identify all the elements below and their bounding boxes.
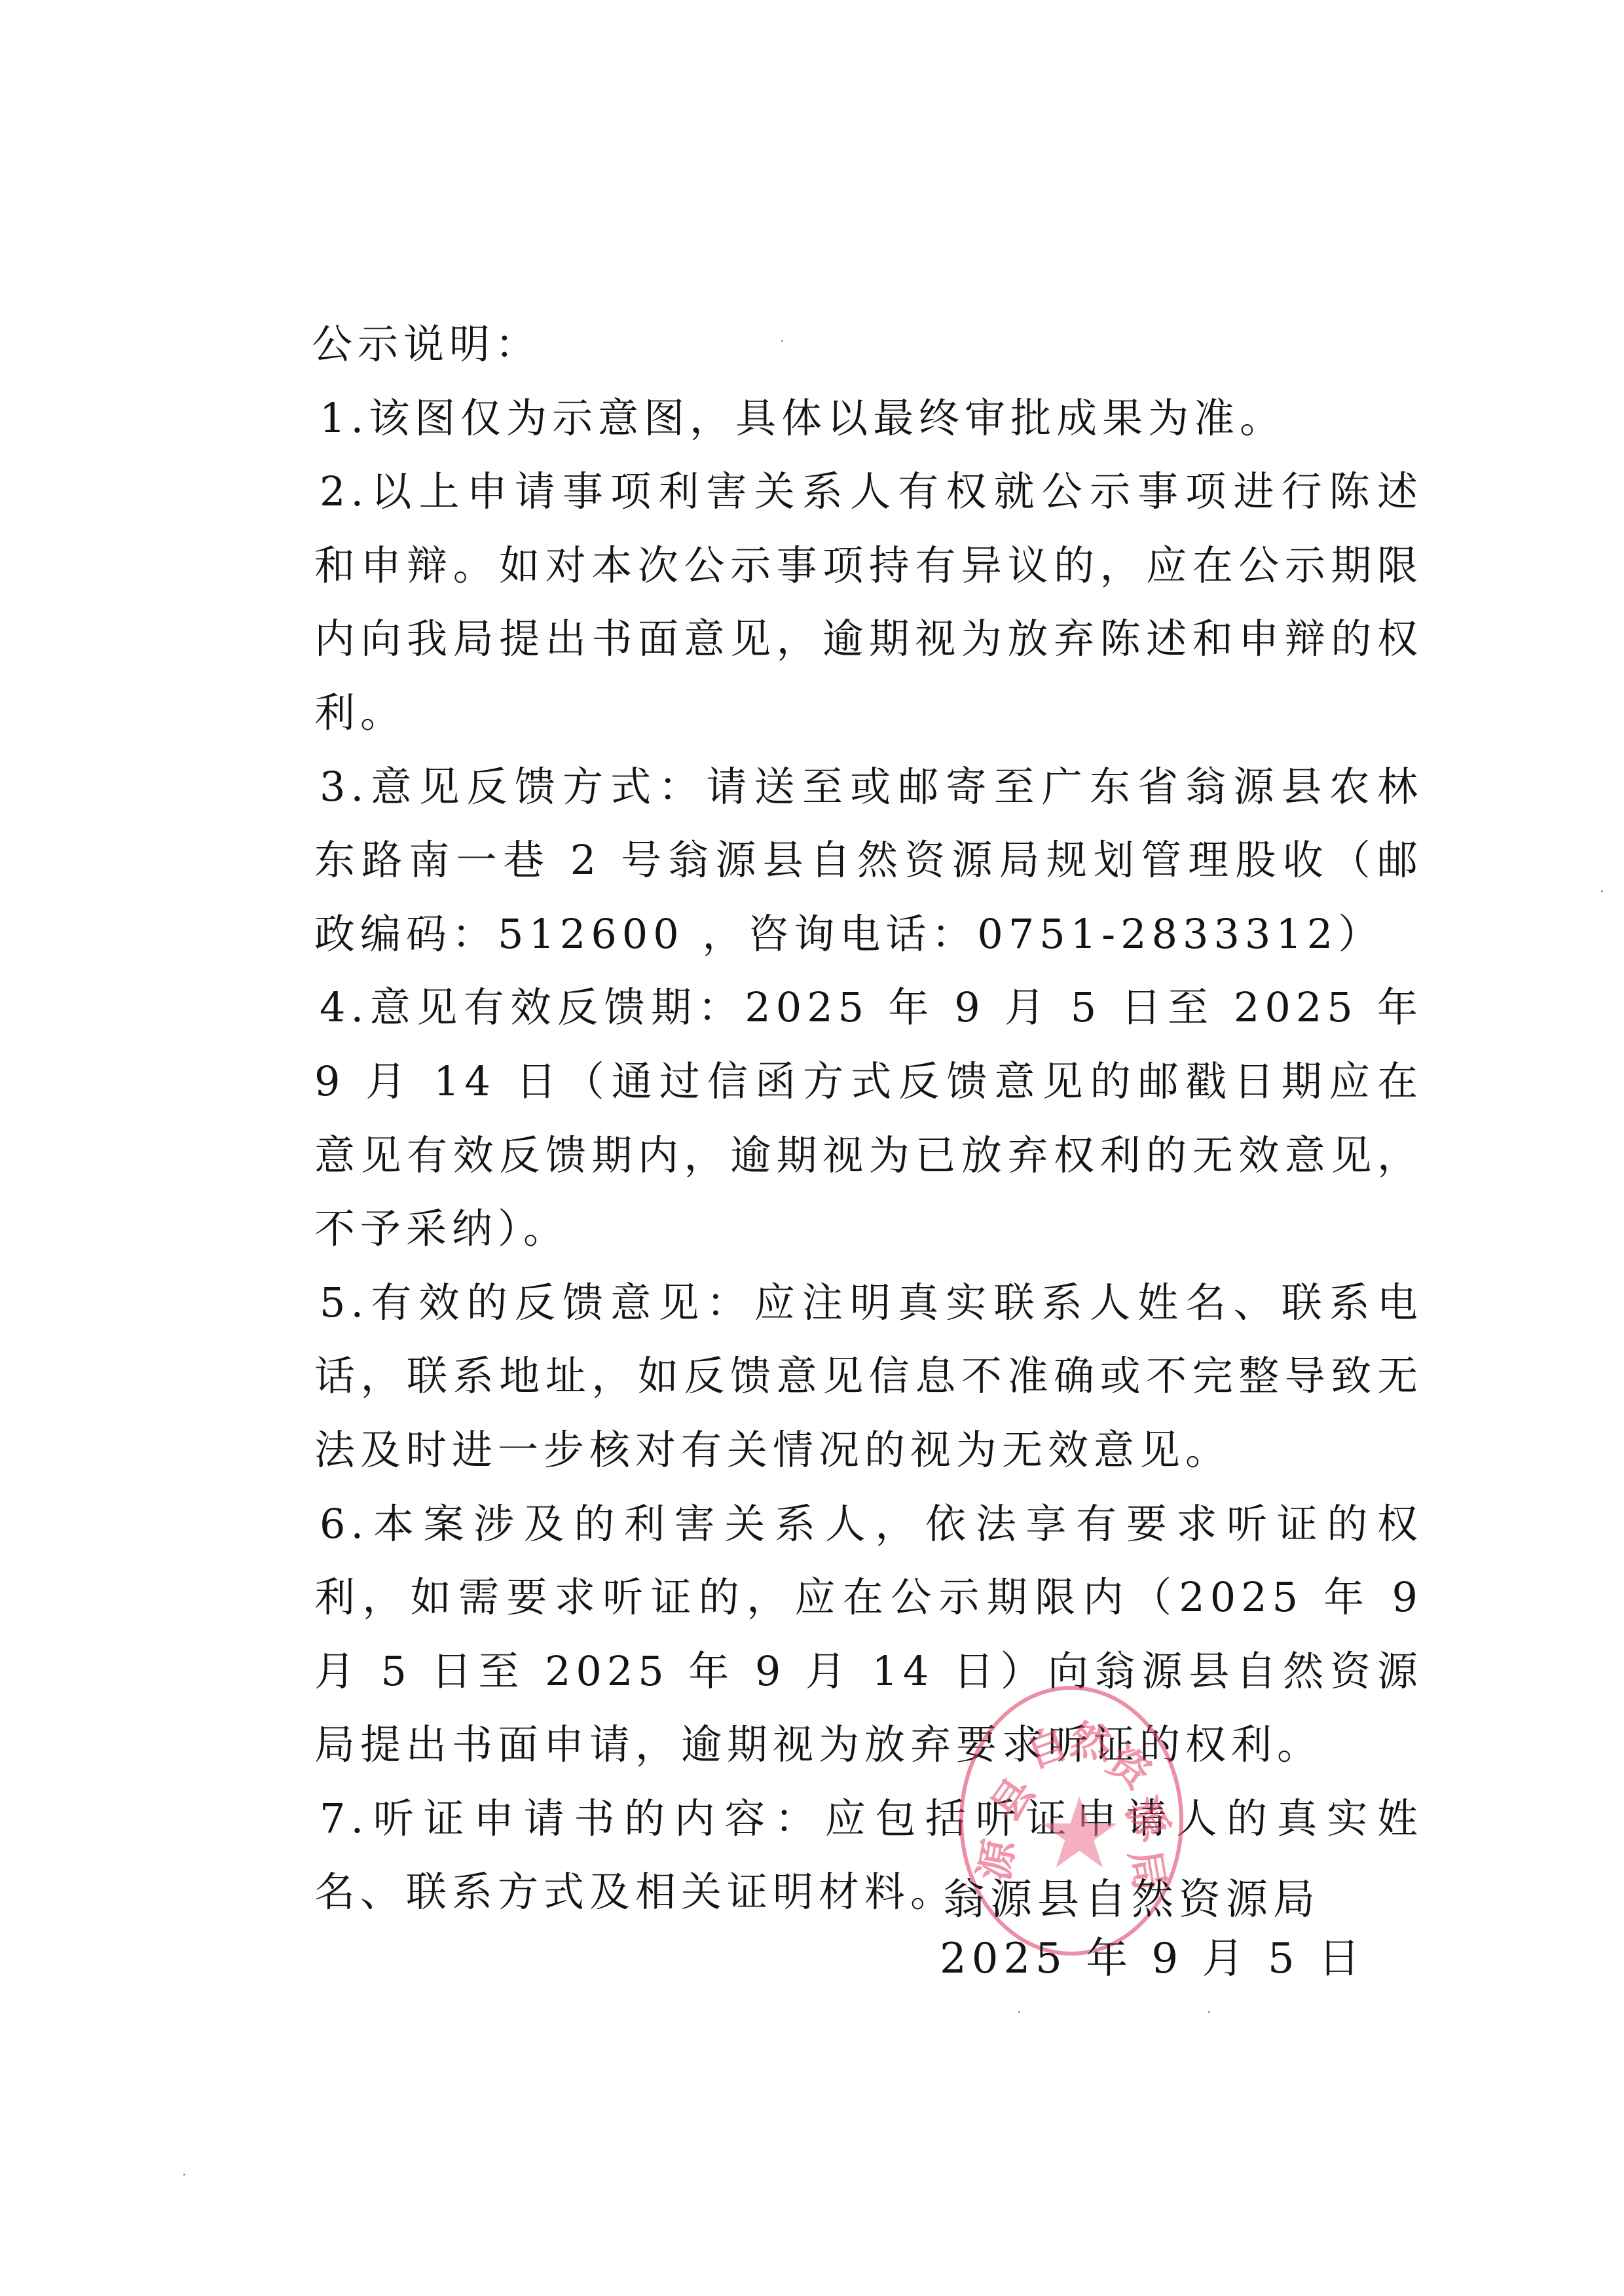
scan-speck xyxy=(1018,2011,1020,2013)
item-text: 有效的反馈意见：应注明真实联系人姓名、联系电话，联系地址，如反馈意见信息不准确或… xyxy=(314,1279,1423,1474)
item-number: 7. xyxy=(320,1795,369,1842)
scan-speck xyxy=(781,340,783,342)
notice-item-3: 3.意见反馈方式：请送至或邮寄至广东省翁源县农林东路南一巷 2 号翁源县自然资源… xyxy=(306,750,1423,972)
notice-heading: 公示说明： xyxy=(306,308,1423,382)
item-text: 意见有效反馈期：2025 年 9 月 5 日至 2025 年 9 月 14 日（… xyxy=(314,983,1423,1252)
notice-item-6: 6.本案涉及的利害关系人，依法享有要求听证的权利，如需要求听证的，应在公示期限内… xyxy=(306,1487,1423,1782)
signature-organization: 翁源县自然资源局 xyxy=(943,1866,1320,1926)
signature-date: 2025 年 9 月 5 日 xyxy=(940,1925,1365,1985)
notice-item-2: 2.以上申请事项利害关系人有权就公示事项进行陈述和申辩。如对本次公示事项持有异议… xyxy=(306,455,1423,750)
notice-item-4: 4.意见有效反馈期：2025 年 9 月 5 日至 2025 年 9 月 14 … xyxy=(306,971,1423,1266)
scan-speck xyxy=(1601,890,1603,892)
item-number: 4. xyxy=(320,983,369,1031)
document-page: 公示说明： 1.该图仅为示意图，具体以最终审批成果为准。 2.以上申请事项利害关… xyxy=(0,0,1624,2296)
item-number: 5. xyxy=(320,1279,369,1326)
item-number: 1. xyxy=(320,394,369,442)
scan-speck xyxy=(183,2174,185,2176)
item-text: 意见反馈方式：请送至或邮寄至广东省翁源县农林东路南一巷 2 号翁源县自然资源局规… xyxy=(314,763,1423,958)
item-text: 本案涉及的利害关系人，依法享有要求听证的权利，如需要求听证的，应在公示期限内（2… xyxy=(314,1500,1423,1769)
item-number: 2. xyxy=(320,467,369,515)
notice-item-5: 5.有效的反馈意见：应注明真实联系人姓名、联系电话，联系地址，如反馈意见信息不准… xyxy=(306,1266,1423,1487)
seal-char: 自 xyxy=(1017,1711,1075,1779)
item-number: 3. xyxy=(320,763,369,811)
item-number: 6. xyxy=(320,1500,369,1548)
notice-item-1: 1.该图仅为示意图，具体以最终审批成果为准。 xyxy=(306,382,1423,456)
scan-speck xyxy=(1208,2011,1210,2013)
item-text: 该图仅为示意图，具体以最终审批成果为准。 xyxy=(369,394,1285,442)
notice-body: 公示说明： 1.该图仅为示意图，具体以最终审批成果为准。 2.以上申请事项利害关… xyxy=(306,308,1423,1929)
item-text: 以上申请事项利害关系人有权就公示事项进行陈述和申辩。如对本次公示事项持有异议的，… xyxy=(314,467,1423,737)
